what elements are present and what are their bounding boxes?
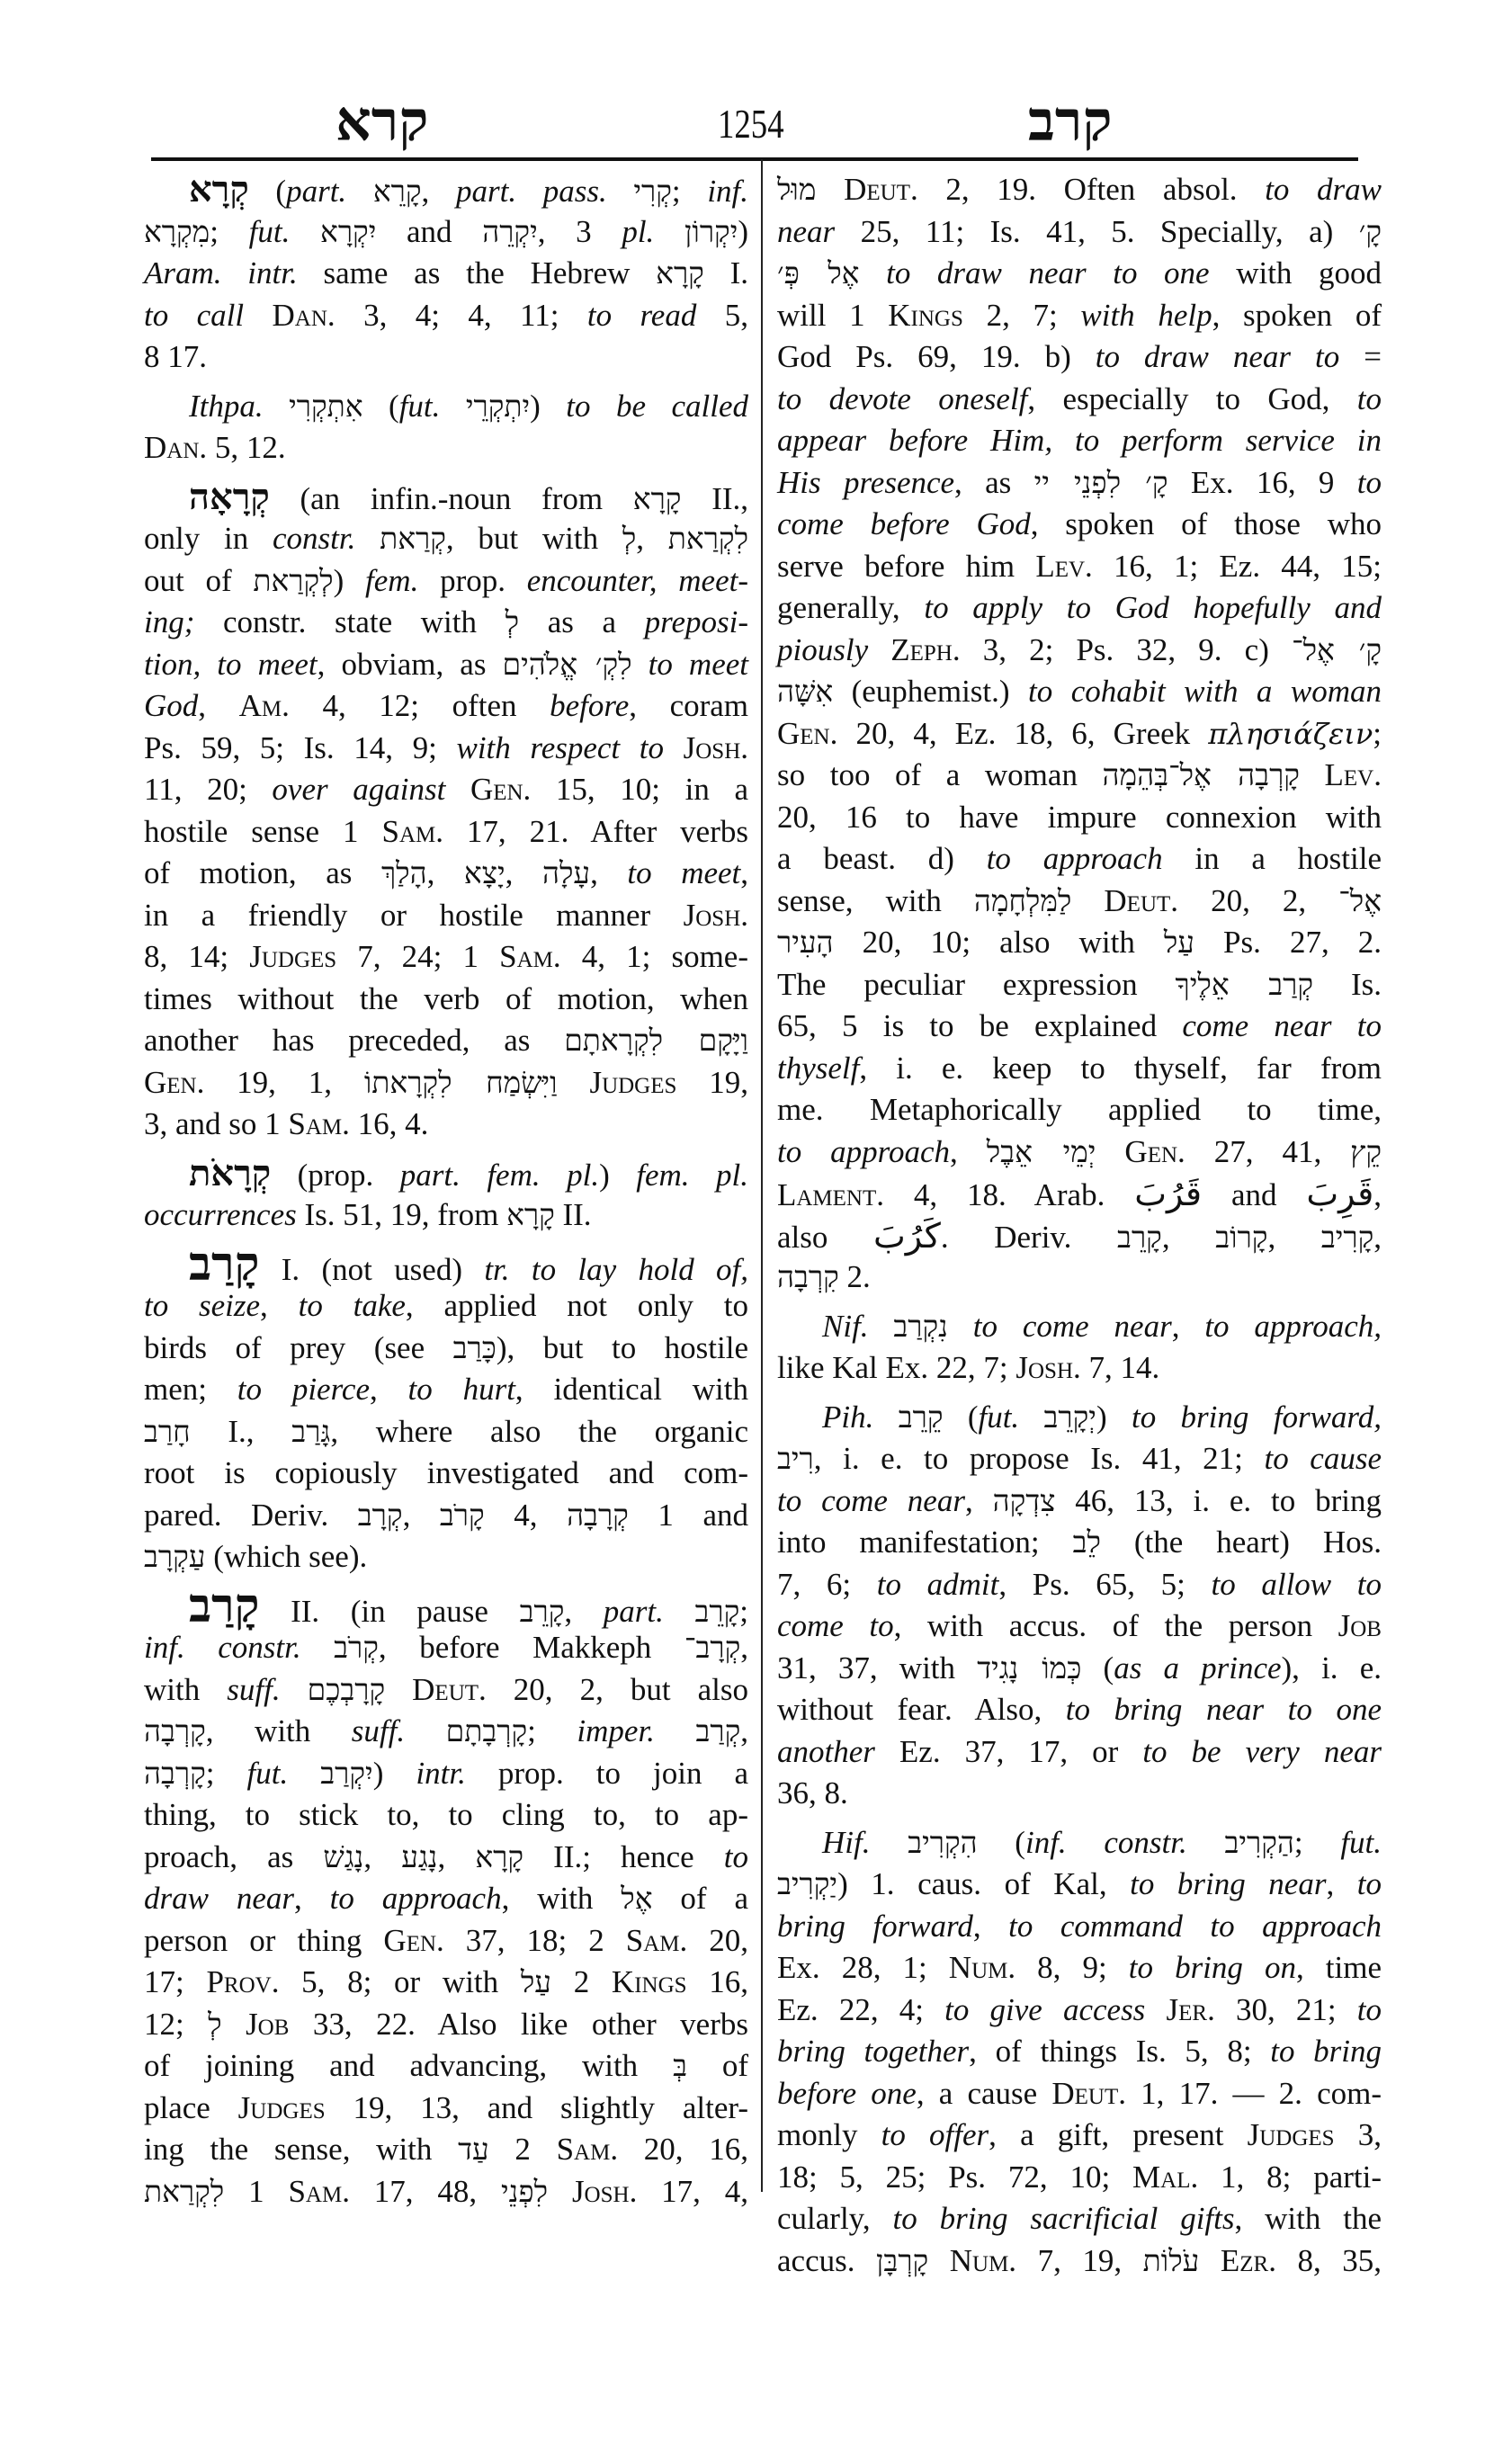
text-line: 65, 5 is to be explained come near to [777,1006,1382,1048]
text-segment: ) [334,563,365,598]
hebrew-word: אֶל פְּ׳ [777,255,860,291]
text-segment: serve before him [777,549,1035,584]
text-line: רִיב, i. e. to propose Is. 41, 21; to ca… [777,1438,1382,1480]
text-segment [301,1630,335,1665]
text-segment: to admit [877,1567,999,1602]
text-line: The peculiar expression קְרַב אֵלֶיךָ Is… [777,964,1382,1006]
text-segment: to [1357,1992,1382,2027]
text-segment: ), but to hostile [497,1330,748,1365]
text-segment: bring forward [777,1909,973,1944]
book-reference: Judges [589,1065,676,1100]
text-line: into manifestation; לֵב (the heart) Hos. [777,1522,1382,1564]
text-segment: to be very near [1142,1734,1382,1769]
book-reference: Gen [144,1065,197,1100]
text-segment: prop. to join a [466,1756,748,1791]
text-line: to devote oneself, especially to God, to [777,379,1382,421]
arabic-word: قَرُبَ [1134,1174,1202,1213]
book-reference: Kings [612,1964,687,1999]
text-segment: to read [587,298,697,333]
text-segment: ) [373,1756,416,1791]
text-line: thyself, i. e. keep to thyself, far from [777,1048,1382,1090]
text-line: מִקְרָא; fut. יִקְרָא and יִקְרֵה, 3 pl.… [144,211,748,254]
text-line: God Ps. 69, 19. b) to draw near to = [777,336,1382,379]
text-segment: . 17, 48, [342,2174,501,2209]
text-segment: , as [954,465,1034,500]
text-segment: , [1267,1220,1320,1255]
text-segment: occurrences [144,1197,297,1232]
text-segment: to meet [649,647,748,682]
text-segment: . 27, 41, [1177,1134,1350,1169]
hebrew-word: בְּ [673,2048,687,2083]
text-segment [445,772,470,807]
hebrew-word: לִקְרַאת [144,2174,224,2209]
text-line: root is copiously investigated and com- [144,1453,748,1495]
text-line: out of לְקְרַאת) fem. prop. encounter, m… [144,560,748,603]
text-segment: ( [978,1825,1025,1860]
text-segment: fut. [247,1756,289,1791]
text-segment: only in [144,521,273,556]
text-line: come to, with accus. of the person Job [777,1605,1382,1648]
text-line: Hif. הִקְרִיב (inf. constr. הַקְרִיב; fu… [777,1822,1382,1864]
text-segment: , [1373,1220,1382,1255]
text-segment [355,521,380,556]
text-segment: 36, 8. [777,1775,848,1811]
book-reference: Lev [1325,757,1374,792]
text-segment: piously [777,632,868,667]
text-segment: . 20, 4, Ez. 18, 6, Greek [830,716,1209,751]
text-segment: ; [1373,716,1382,751]
text-line: 17; Prov. 5, 8; or with עַל 2 Kings 16, [144,1962,748,2004]
text-line: קִרְבָה 2. [777,1256,1382,1299]
hebrew-word: קָרֵב [695,1594,740,1629]
text-segment: Ps. 27, 2. [1194,925,1382,960]
text-segment: tr. to lay hold of, [484,1252,748,1287]
text-line: also كَرُبَ. Deriv. קָרֵב, קָרוֹב, קָרִי… [777,1215,1382,1257]
text-segment: , [636,521,668,556]
text-segment: fem. pl. [636,1158,748,1193]
text-line: generally, to apply to God hopefully and [777,587,1382,630]
text-segment [1071,883,1104,918]
text-segment: to approach [330,1881,502,1916]
text-segment: . 7, 19, [1008,2243,1142,2278]
hebrew-word: קְרָא [189,168,249,210]
text-segment: ; [210,214,248,249]
hebrew-word: קְרִי [633,174,672,209]
book-reference: Gen [470,772,523,807]
hebrew-word: גָּרַב [291,1414,330,1449]
book-reference: Lament [777,1177,876,1212]
text-segment: , [438,1839,476,1874]
text-segment: constr. state with [194,604,505,639]
text-segment: God [144,688,198,723]
hebrew-word: קָרַב [189,1237,259,1292]
book-reference: Sam [288,2174,342,2209]
text-segment: I., [191,1414,292,1449]
text-segment: I. [704,255,748,291]
book-reference: Josh [1015,1350,1073,1385]
text-segment: 16, [687,1964,748,1999]
text-segment: hostile sense 1 [144,814,381,849]
hebrew-word: אִתְקְרִי [289,389,362,424]
text-segment: , of things Is. 5, 8; [969,2034,1270,2069]
text-segment: His presence [777,465,954,500]
text-segment: , 3 [538,214,622,249]
text-segment: prop. [418,563,526,598]
text-line: קָרְבָה, with suff. קָרְבָתָם; imper. קְ… [144,1711,748,1753]
book-reference: Job [246,2007,289,2042]
text-segment: to command to approach [1008,1909,1382,1944]
text-segment: to apply to God hopefully and [924,590,1382,625]
text-segment: (euphemist.) [833,674,1028,709]
text-line: draw near, to approach, with אֶל of a [144,1878,748,1920]
hebrew-word: קִרְבָה [777,1259,839,1294]
text-segment: . [740,898,748,933]
book-reference: Gen [1124,1134,1177,1169]
book-reference: Sam [381,814,435,849]
hebrew-word: קָרְבָה אֶל־בְּהֵמָה [1103,757,1300,792]
text-segment: = [1339,339,1382,374]
text-segment: , [740,855,748,890]
text-segment [860,255,887,291]
hebrew-word: לֵב [1073,1525,1101,1560]
text-segment: to meet [627,855,740,890]
text-segment: to approach, [1204,1309,1382,1344]
text-line: קְרָאָה (an infin.-noun from קָרָא II., [144,477,748,519]
text-segment: thing, to stick to, to cling to, to ap- [144,1797,748,1832]
text-segment: same as the Hebrew [298,255,656,291]
text-segment: , applied not only to [406,1288,748,1323]
text-line: another has preceded, as וַיָּקָם לִקְרָ… [144,1020,748,1062]
text-segment: , but with [446,521,622,556]
text-segment: The peculiar expression [777,967,1176,1002]
text-segment: root is copiously investigated and com- [144,1455,748,1490]
text-segment: (the heart) Hos. [1101,1525,1382,1560]
book-reference: Sam [557,2132,611,2167]
hebrew-word: קְרָאֹת [189,1152,271,1194]
text-line: occurrences Is. 51, 19, from קָרָא II. [144,1194,748,1237]
text-segment: 20, 16 to have impure connexion with [777,800,1382,835]
hebrew-word: כָּרַב [453,1330,497,1365]
text-segment: in a friendly or hostile manner [144,898,684,933]
text-segment: 31, 37, with [777,1650,977,1685]
hebrew-word: הָעִיר [777,925,834,960]
text-segment: part. fem. pl. [400,1158,599,1193]
book-reference: Lev [1035,549,1085,584]
text-line: Nif. נִקְרַב to come near, to approach, [777,1306,1382,1348]
text-line: sense, with לַמִּלְחָמָה Deut. 20, 2, אֶ… [777,881,1382,923]
text-segment: to bring near [1130,1866,1326,1901]
text-segment: ing; [144,604,194,639]
text-segment [1145,1992,1166,2027]
text-segment: to offer [881,2117,989,2152]
text-segment: 2 [489,2132,557,2167]
text-segment: ) [530,389,566,424]
book-reference: Deut [412,1672,479,1707]
text-segment: a beast. d) [777,841,987,876]
text-segment: generally, [777,590,924,625]
hebrew-word: קָרַב [189,1578,259,1633]
text-segment: , with [502,1881,622,1916]
hebrew-word: קְרָבָה [567,1498,629,1533]
text-segment: , [370,1372,408,1407]
hebrew-word: לְ [505,604,519,639]
text-segment: 8, 14; [144,939,249,974]
text-segment: to approach [777,1134,950,1169]
text-segment: 1 [224,2174,288,2209]
text-segment: to bring on [1129,1950,1296,1985]
text-line: יַקְרִיב) 1. caus. of Kal, to bring near… [777,1864,1382,1906]
hebrew-word: לְקְרַאת [253,563,333,598]
hebrew-word: נִקְרַב [893,1309,948,1344]
text-segment: and [376,214,482,249]
text-segment: , with [206,1713,352,1748]
text-segment [346,174,373,209]
hebrew-word: עַל [521,1964,551,1999]
text-segment: near [777,214,835,249]
text-segment: thyself [777,1051,859,1086]
text-segment: . 17, 21. After verbs [435,814,748,849]
text-segment: , [1373,1177,1382,1212]
left-guide-word: קרא [336,85,428,157]
text-segment: (prop. [271,1158,400,1193]
hebrew-word: קָרֵב [1117,1220,1162,1255]
text-line: place Judges 19, 13, and slightly alter- [144,2088,748,2130]
text-line: like Kal Ex. 22, 7; Josh. 7, 14. [777,1347,1382,1390]
text-line: קָרְבָה; fut. יִקְרַב) intr. prop. to jo… [144,1753,748,1795]
hebrew-word: יִקְרָא [320,214,376,249]
text-segment: (an infin.-noun from [270,481,633,516]
text-line: hostile sense 1 Sam. 17, 21. After verbs [144,811,748,854]
text-line: tion, to meet, obviam, as לִקְ׳ אֱלֹהִים… [144,644,748,686]
hebrew-word: לְ [622,521,636,556]
text-segment: , Ps. 65, 5; [998,1567,1211,1602]
hebrew-word: יָצָא [464,855,505,890]
text-segment: to be called [566,389,748,424]
hebrew-word: מוּל [777,172,816,207]
text-segment: preposi- [645,604,748,639]
text-segment: monly [777,2117,881,2152]
text-segment: , spoken of [1212,298,1382,333]
text-segment: . 1, 8; parti- [1190,2159,1382,2195]
text-segment: in a hostile [1163,841,1382,876]
text-segment [1199,2243,1221,2278]
text-segment: Ez. 37, 17, or [875,1734,1142,1769]
text-segment: , [1162,1220,1215,1255]
text-segment [1187,1825,1225,1860]
text-segment: 65, 5 is to be explained [777,1008,1182,1043]
text-segment: 18; 5, 25; Ps. 72, 10; [777,2159,1132,2195]
hebrew-word: נָגַע [401,1839,437,1874]
hebrew-word: יְמֵי אֵבֶל [987,1134,1096,1169]
text-segment: come near to [1182,1008,1382,1043]
book-reference: Josh [684,730,741,765]
hebrew-word: יִקְרֵה [482,214,538,249]
hebrew-word: לִפְנֵי [501,2174,548,2209]
text-line: monly to offer, a gift, present Judges 3… [777,2115,1382,2157]
hebrew-word: קָרָא [475,1839,523,1874]
text-line: to come near, צִדְקָה 46, 13, i. e. to b… [777,1480,1382,1523]
text-segment [548,2174,572,2209]
text-line: times without the verb of motion, when [144,979,748,1021]
arabic-word: كَرُبَ [873,1216,941,1256]
text-segment: . 37, 18; 2 [436,1923,626,1958]
text-segment: as a [519,604,645,639]
hebrew-word: קְרָאָה [189,476,270,518]
text-line: piously Zeph. 3, 2; Ps. 32, 9. c) קָ׳ אֶ… [777,630,1382,672]
text-segment: come to [777,1608,894,1643]
book-reference: Deut [1051,2076,1118,2111]
text-segment [655,1713,696,1748]
text-segment: , [422,174,456,209]
text-segment: . Deriv. [941,1220,1117,1255]
text-segment: . 19, 1, [197,1065,364,1100]
text-segment: to call [144,298,244,333]
left-column: קְרָא (part. קָרֵא, part. pass. קְרִי; i… [144,169,748,2213]
text-segment: to seize [144,1288,260,1323]
text-segment: , [260,1288,299,1323]
text-segment: . 4, 1; some- [553,939,748,974]
text-segment: . 17, 4, [630,2174,748,2209]
hebrew-word: עַקְרָב [144,1539,205,1574]
book-reference: Gen [383,1923,436,1958]
text-segment: , coram [629,688,748,723]
text-line: cularly, to bring sacrificial gifts, wit… [777,2198,1382,2240]
text-segment [281,1672,308,1707]
hebrew-word: קָרָבְכֶם [308,1672,386,1707]
book-reference: Kings [888,298,963,333]
hebrew-word: רִיב [777,1441,814,1476]
text-line: men; to pierce, to hurt, identical with [144,1369,748,1411]
text-segment: Ps. 59, 5; Is. 14, 9; [144,730,456,765]
text-line: Ex. 28, 1; Num. 8, 9; to bring on, time [777,1947,1382,1990]
text-segment: birds of prey (see [144,1330,453,1365]
text-segment: to bring sacrificial gifts [893,2201,1235,2236]
hebrew-word: וַיָּקָם לִקְרָאתָם [564,1023,748,1058]
hebrew-word: הָלַךְ [381,855,427,890]
column-divider [761,159,763,2192]
hebrew-word: וַיִּשְׂמַח לִקְרָאתוֹ [364,1065,558,1100]
text-segment: 25, 11; Is. 41, 5. Specially, a) [835,214,1359,249]
text-segment: Hif. [822,1825,870,1860]
text-segment: to approach [987,841,1163,876]
text-segment: (which see). [205,1539,367,1574]
text-line: 11, 20; over against Gen. 15, 10; in a [144,769,748,811]
text-segment: fut. [1340,1825,1382,1860]
text-segment: another has preceded, as [144,1023,564,1058]
text-segment: . 2, 19. Often absol. [910,172,1265,207]
hebrew-word: קָ׳ לִפְנֵי יי [1034,465,1168,500]
text-segment: , [740,1630,748,1665]
text-line: 7, 6; to admit, Ps. 65, 5; to allow to [777,1564,1382,1606]
book-reference: Sam [626,1923,680,1958]
text-line: קְרָא (part. קָרֵא, part. pass. קְרִי; i… [144,169,748,211]
text-line: קְרָאֹת (prop. part. fem. pl.) fem. pl. [144,1153,748,1195]
text-line: in a friendly or hostile manner Josh. [144,895,748,937]
text-segment: , time [1296,1950,1382,1985]
book-reference: Num [950,2243,1009,2278]
text-line: without fear. Also, to bring near to one [777,1689,1382,1731]
text-segment [869,1309,894,1344]
hebrew-word: חָרַב [144,1414,191,1449]
text-segment: II.; hence [523,1839,724,1874]
text-segment: fem. [365,563,418,598]
text-segment: over against [272,772,445,807]
text-segment: 3, and so 1 [144,1106,288,1141]
text-segment [868,632,890,667]
text-line: birds of prey (see כָּרַב), but to hosti… [144,1328,748,1370]
hebrew-word: לִקְרַאת [668,521,748,556]
text-line: קָרַב I. (not used) tr. to lay hold of, [144,1244,748,1286]
hebrew-word: מִקְרָא [144,214,210,249]
text-segment: ( [249,174,286,209]
text-line: הָעִיר 20, 10; also with עַל Ps. 27, 2. [777,922,1382,964]
hebrew-word: נָגַשׁ [323,1839,363,1874]
text-segment: , [198,688,238,723]
hebrew-word: קָרָא [633,481,682,516]
hebrew-word: קְרַאת [380,521,446,556]
book-reference: Deut [844,172,910,207]
text-segment: to allow to [1211,1567,1382,1602]
text-segment: . 4, 12; often [282,688,550,723]
book-reference: Dan [144,430,199,465]
text-line: serve before him Lev. 16, 1; Ez. 44, 15; [777,546,1382,588]
text-line: person or thing Gen. 37, 18; 2 Sam. 20, [144,1920,748,1963]
text-segment: another [777,1734,875,1769]
text-segment: . 30, 21; [1207,1992,1357,2027]
book-reference: Sam [288,1106,342,1141]
text-segment: , with accus. of the person [894,1608,1338,1643]
text-segment: , identical with [515,1372,748,1407]
text-segment: place [144,2090,238,2125]
text-segment: ( [1081,1650,1114,1685]
text-segment: 46, 13, i. e. to bring [1055,1483,1382,1518]
text-segment: 19, [676,1065,748,1100]
text-segment [558,1065,590,1100]
text-segment: , [1326,1866,1356,1901]
text-line: of joining and advancing, with בְּ of [144,2045,748,2088]
hebrew-word: קְרֹב [334,1630,379,1665]
page-header: קרא 1254 קרב [151,85,1358,157]
text-segment: . 3, 2; Ps. 32, 9. c) [953,632,1292,667]
arabic-word: قَرِبَ [1306,1174,1373,1213]
text-line: only in constr. קְרַאת, but with לְ, לִק… [144,518,748,560]
text-line: Gen. 20, 4, Ez. 18, 6, Greek πλησιάζειν; [777,713,1382,756]
text-segment: accus. [777,2243,876,2278]
text-segment: 7, 6; [777,1567,877,1602]
text-line: לִקְרַאת 1 Sam. 17, 48, לִפְנֵי Josh. 17… [144,2171,748,2213]
text-segment [654,214,684,249]
text-segment: . 16, 4. [342,1106,428,1141]
text-segment [222,2007,246,2042]
hebrew-word: קָרִיב [1321,1220,1373,1255]
text-segment: appear before Him, to perform service in [777,423,1382,458]
text-segment: , obviam, as [318,647,503,682]
text-segment: with [144,1672,227,1707]
text-line: with suff. קָרָבְכֶם Deut. 20, 2, but al… [144,1669,748,1712]
text-line: Gen. 19, 1, וַיִּשְׂמַח לִקְרָאתוֹ Judge… [144,1062,748,1104]
text-segment [385,1672,412,1707]
text-segment: to pierce [237,1372,370,1407]
text-line: a beast. d) to approach in a hostile [777,838,1382,881]
text-segment: proach, as [144,1839,323,1874]
text-segment: , [590,855,627,890]
hebrew-word: קְרַב אֵלֶיךָ [1176,967,1314,1002]
text-line: will 1 Kings 2, 7; with help, spoken of [777,295,1382,337]
text-segment: , [965,1483,993,1518]
hebrew-word: יַקְרִיב [777,1866,837,1901]
text-segment: fut. [978,1399,1019,1435]
text-segment: and [1202,1177,1306,1212]
